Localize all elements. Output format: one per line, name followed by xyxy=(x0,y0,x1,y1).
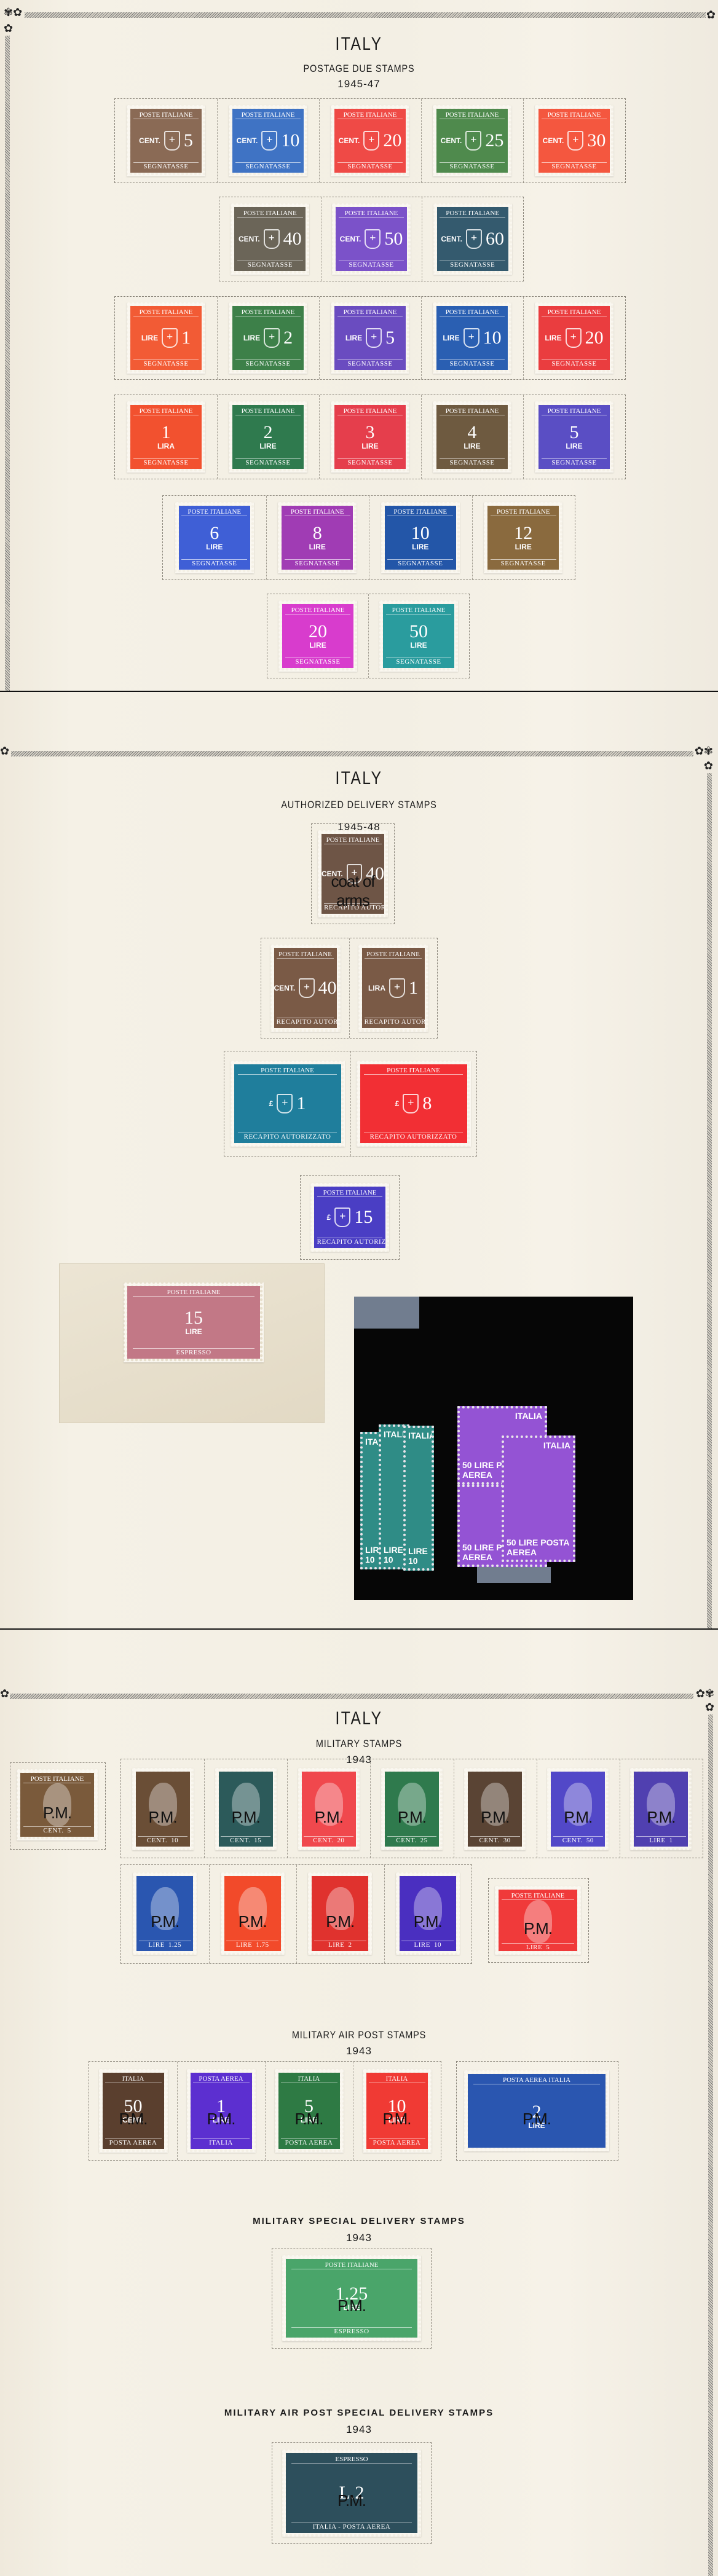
pm-overprint: coat of arms xyxy=(322,872,384,910)
corner-ornament-icon: ✿ xyxy=(705,1702,714,1713)
stamp-value: 20 xyxy=(383,132,401,150)
stamp-value: 5 xyxy=(385,329,395,347)
stamp-header: ITALIA xyxy=(281,2075,337,2083)
stamp-header: POSTE ITALIANE xyxy=(235,111,301,119)
stamp-2[interactable]: POSTE ITALIANELIRE2SEGNATASSE xyxy=(229,302,307,374)
stamp-unit: £ xyxy=(327,1213,331,1222)
mount-frame: POSTE ITALIANECENT.5SEGNATASSEPOSTE ITAL… xyxy=(114,98,626,183)
page-country-title: ITALY xyxy=(65,768,653,789)
stamp-header: POSTE ITALIANE xyxy=(386,607,452,615)
coat-of-arms-icon xyxy=(466,229,482,249)
stamp-footer: SEGNATASSE xyxy=(339,261,404,269)
pm-overprint: P.M. xyxy=(400,1912,456,1931)
stamp-header: POSTE ITALIANE xyxy=(440,407,505,415)
stamp-header: POSTE ITALIANE xyxy=(440,308,505,316)
stamp-40[interactable]: POSTE ITALIANECENT.40RECAPITO AUTORIZZAT… xyxy=(318,830,388,917)
pm-overprint: P.M. xyxy=(366,2110,428,2129)
stamp-unit: CENT. xyxy=(274,984,296,992)
stamp-unit: LIRE xyxy=(361,442,378,450)
stamp-value: 30 xyxy=(503,1837,511,1844)
stamp-value: 12 xyxy=(514,524,532,543)
stamp-value: 1 xyxy=(296,1094,306,1113)
stamp-unit: LIRE xyxy=(236,1941,252,1949)
stamp-footer: POSTA AEREA xyxy=(281,2138,337,2146)
album-page-military: ✿ ✿✾ ✿ ITALY MILITARY STAMPS 1943 MILITA… xyxy=(0,1630,718,2576)
section-title: MILITARY AIR POST SPECIAL DELIVERY STAMP… xyxy=(0,2408,718,2418)
stamp-face: POSTE ITALIANE10LIRESEGNATASSE xyxy=(385,506,456,570)
stamp-unit: LIRE xyxy=(409,641,428,650)
stamp-4[interactable]: POSTE ITALIANE4LIRESEGNATASSE xyxy=(433,401,511,473)
mount-frame: POSTE ITALIANELIRE1SEGNATASSEPOSTE ITALI… xyxy=(114,296,626,380)
stamp-footer: SEGNATASSE xyxy=(337,458,403,466)
stamp-header: POSTA AEREA ITALIA xyxy=(473,2076,600,2084)
mount-frame: POSTE ITALIANE20LIRESEGNATASSEPOSTE ITAL… xyxy=(267,594,470,678)
stamp-face: LIRE1P.M. xyxy=(634,1772,688,1847)
stamp-unit: LIRE xyxy=(443,334,459,342)
stamp-header: POSTE ITALIANE xyxy=(285,508,350,516)
stamp-face: POSTE ITALIANELIRA1RECAPITO AUTORIZZATO xyxy=(362,948,425,1028)
stamp-design: 10LIRE xyxy=(385,516,456,559)
stamp-value: 2 xyxy=(259,423,276,442)
stamp-face: POSTE ITALIANE6LIRESEGNATASSE xyxy=(179,506,250,570)
stamp-20[interactable]: POSTE ITALIANECENT.20SEGNATASSE xyxy=(331,105,409,176)
stamp-value: 1 xyxy=(181,329,191,347)
stamp-face: POSTE ITALIANECENT.5SEGNATASSE xyxy=(130,109,202,173)
stamp-face: POSTE ITALIANECENT.5P.M. xyxy=(20,1773,94,1837)
stamp-unit: CENT. xyxy=(396,1837,416,1844)
stamp-1-25[interactable]: POSTE ITALIANE1.25LIREESPRESSOP.M. xyxy=(282,2255,421,2341)
stamp-value: 60 xyxy=(486,230,504,248)
stamp-header: POSTE ITALIANE xyxy=(285,607,351,615)
used-stamp[interactable]: ITALIA50 LIRE POSTA AEREA xyxy=(502,1435,575,1562)
stamp-value: 2 xyxy=(283,329,293,347)
stamp-design: LIRE1 xyxy=(130,316,202,359)
mount-frame: ESPRESSOL.2ITALIA - POSTA AEREAP.M. xyxy=(272,2442,432,2544)
stamp-airpost-2-lire[interactable]: POSTA AEREA ITALIA2LIREP.M. xyxy=(464,2070,609,2151)
stamp-8[interactable]: POSTE ITALIANE£8RECAPITO AUTORIZZATO xyxy=(357,1061,471,1147)
stamp-design: 6LIRE xyxy=(179,516,250,559)
stamp-military-10[interactable]: CENT.10P.M. xyxy=(132,1768,194,1850)
stamp-1[interactable]: POSTE ITALIANELIRE1SEGNATASSE xyxy=(127,302,205,374)
stamp-footer: SEGNATASSE xyxy=(235,359,301,367)
stamp-value: 20 xyxy=(309,622,327,641)
stamp-20[interactable]: POSTE ITALIANE20LIRESEGNATASSE xyxy=(278,600,357,672)
stamp-design: LIRE10 xyxy=(436,316,508,359)
pm-overprint: P.M. xyxy=(286,2491,417,2510)
stamp-unit: LIRE xyxy=(184,1327,203,1336)
section-title: MILITARY STAMPS xyxy=(54,1738,665,1750)
section-title: MILITARY AIR POST STAMPS xyxy=(54,2029,665,2041)
stamp-face: POSTE ITALIANE12LIRESEGNATASSE xyxy=(487,506,559,570)
stamp-header: POSTE ITALIANE xyxy=(133,111,199,119)
stamp-value: 8 xyxy=(309,524,326,543)
stamp-25[interactable]: POSTE ITALIANECENT.25SEGNATASSE xyxy=(433,105,511,176)
stamp-label: 50 LIRE POSTA AEREA xyxy=(507,1537,573,1557)
stamp-footer: ESPRESSO xyxy=(291,2327,412,2335)
stamp-face: POSTE ITALIANECENT.10SEGNATASSE xyxy=(232,109,304,173)
stamp-value: 30 xyxy=(587,132,606,150)
stamp-military-15[interactable]: CENT.15P.M. xyxy=(215,1768,277,1850)
stamp-header: ITALIA xyxy=(369,2075,425,2083)
stamp-unit: LIRE xyxy=(414,1941,430,1949)
stamp-unit: LIRE xyxy=(243,334,260,342)
stamp-unit: LIRE xyxy=(545,334,561,342)
section-years: 1943 xyxy=(0,2424,718,2436)
stamp-50[interactable]: POSTE ITALIANE50LIRESEGNATASSE xyxy=(379,600,458,672)
stamp-unit: CENT. xyxy=(43,1827,63,1834)
stamp-header: POSTE ITALIANE xyxy=(235,308,301,316)
stamp-face: POSTE ITALIANELIRE20SEGNATASSE xyxy=(538,306,610,370)
mount-frame: ITALIA50CENT.POSTA AEREAP.M.POSTA AEREA1… xyxy=(89,2061,441,2161)
stamp-value: 8 xyxy=(422,1094,432,1113)
stamp-military-30[interactable]: CENT.30P.M. xyxy=(464,1768,526,1850)
coat-of-arms-icon xyxy=(403,1094,419,1113)
stamp-value: 15 xyxy=(184,1309,203,1327)
stamp-header: POSTE ITALIANE xyxy=(237,210,303,218)
stamp-40[interactable]: POSTE ITALIANECENT.40SEGNATASSE xyxy=(231,203,309,275)
stamp-face: POSTE ITALIANE1LIRASEGNATASSE xyxy=(130,405,202,469)
stamp-unit: CENT. xyxy=(230,1837,250,1844)
stamp-unit: LIRE xyxy=(141,334,158,342)
stamp-design: CENT.40 xyxy=(234,218,306,261)
stamp-value: 50 xyxy=(409,622,428,641)
stamp-face: POSTE ITALIANE50LIRESEGNATASSE xyxy=(383,604,454,668)
stamp-footer: RECAPITO AUTORIZZATO xyxy=(238,1133,336,1141)
coat-of-arms-icon xyxy=(164,131,180,151)
stamp-unit: LIRE xyxy=(309,641,327,650)
stamp-footer: ESPRESSO xyxy=(133,1348,255,1356)
stamp-face: LIRE1.75P.M. xyxy=(224,1876,281,1951)
coat-of-arms-icon xyxy=(261,131,277,151)
stamp-face: POSTA AEREA ITALIA2LIREP.M. xyxy=(468,2074,606,2148)
stamp-design: LIRE2 xyxy=(232,316,304,359)
stamp-5[interactable]: POSTE ITALIANECENT.5SEGNATASSE xyxy=(127,105,205,176)
stamp-header: POSTE ITALIANE xyxy=(365,951,422,959)
pm-overprint: P.M. xyxy=(302,1808,356,1827)
stamp-military-2[interactable]: LIRE2P.M. xyxy=(308,1872,372,1955)
pm-overprint: P.M. xyxy=(499,1919,577,1938)
stamp-footer: SEGNATASSE xyxy=(235,162,301,170)
stamp-header: POSTE ITALIANE xyxy=(337,407,403,415)
stamp-header: POSTE ITALIANE xyxy=(542,407,607,415)
stamp-face: CENT.50P.M. xyxy=(551,1772,605,1847)
stamp-footer: SEGNATASSE xyxy=(285,658,351,666)
stamp-unit: CENT. xyxy=(340,235,361,243)
stamp-footer: SEGNATASSE xyxy=(235,458,301,466)
stamp-value: 10 xyxy=(483,329,502,347)
stamp-design: CENT.40 xyxy=(274,959,337,1018)
stamp-unit: CENT. xyxy=(441,235,462,243)
stamp-header: POSTE ITALIANE xyxy=(23,1775,91,1783)
stamp-value: 1.75 xyxy=(256,1941,269,1949)
stamp-footer: SEGNATASSE xyxy=(285,559,350,567)
stamp-design: 50LIRE xyxy=(383,615,454,658)
stamp-1[interactable]: POSTE ITALIANE1LIRASEGNATASSE xyxy=(127,401,205,473)
stamp-airpost-1[interactable]: POSTA AEREA1LIREITALIAP.M. xyxy=(187,2069,256,2153)
stamp-footer: POSTA AEREA xyxy=(105,2138,162,2146)
stamp-design: CENT.5 xyxy=(130,119,202,162)
stamp-design: CENT.50 xyxy=(336,218,407,261)
stamp-header: POSTE ITALIANE xyxy=(133,1289,255,1297)
stamp-unit: LIRA xyxy=(157,442,175,450)
stamp-header: POSTE ITALIANE xyxy=(542,111,607,119)
used-stamp[interactable]: ITALIALIRE 10 xyxy=(403,1426,434,1571)
stamp-military-50[interactable]: CENT.50P.M. xyxy=(547,1768,609,1850)
stamp-value: 4 xyxy=(464,423,480,442)
stamp-design: 15LIRE xyxy=(127,1297,260,1348)
stamp-face: POSTE ITALIANECENT.30SEGNATASSE xyxy=(538,109,610,173)
pm-overprint: P.M. xyxy=(103,2110,164,2129)
stamp-face: POSTE ITALIANELIRE5P.M. xyxy=(499,1890,577,1951)
stamp-face: POSTE ITALIANECENT.25SEGNATASSE xyxy=(436,109,508,173)
stamp-value: 15 xyxy=(354,1208,373,1227)
stamp-value: 1 xyxy=(157,423,175,442)
stamp-face: POSTE ITALIANE5LIRESEGNATASSE xyxy=(538,405,610,469)
stamp-face: ITALIA50CENT.POSTA AEREAP.M. xyxy=(103,2073,164,2149)
stamp-face: POSTE ITALIANECENT.60SEGNATASSE xyxy=(437,207,508,271)
page-border xyxy=(707,773,712,1629)
stamp-footer: SEGNATASSE xyxy=(337,162,403,170)
stamp-face: POSTE ITALIANE20LIRESEGNATASSE xyxy=(282,604,353,668)
stamp-header: POSTE ITALIANE xyxy=(364,1067,462,1075)
stamp-design: CENT.30 xyxy=(538,119,610,162)
stamp-header: POSTE ITALIANE xyxy=(387,508,453,516)
stamp-6[interactable]: POSTE ITALIANE6LIRESEGNATASSE xyxy=(175,502,254,573)
stamp-design: £15 xyxy=(314,1197,385,1238)
stamp-design: 1LIRA xyxy=(130,415,202,458)
stamp-20[interactable]: POSTE ITALIANELIRE20SEGNATASSE xyxy=(535,302,613,374)
stamp-military-1[interactable]: LIRE1P.M. xyxy=(630,1768,692,1850)
stamp-face: CENT.20P.M. xyxy=(302,1772,356,1847)
stamp-value: 40 xyxy=(283,230,302,248)
stamp-face: CENT.15P.M. xyxy=(219,1772,273,1847)
stamp-footer: RECAPITO AUTORIZZATO xyxy=(277,1018,334,1026)
stamp-design: CENT.25 xyxy=(436,119,508,162)
stamp-unit: CENT. xyxy=(543,136,564,145)
stamp-header: POSTE ITALIANE xyxy=(324,836,382,844)
stamp-face: POSTE ITALIANECENT.40SEGNATASSE xyxy=(234,207,306,271)
stamp-face: POSTE ITALIANE15LIREESPRESSO xyxy=(127,1286,260,1359)
stamp-unit: £ xyxy=(395,1099,400,1108)
stamp-5-cent-she-wolf[interactable]: POSTE ITALIANECENT.5P.M. xyxy=(17,1769,98,1840)
stamp-military-20[interactable]: CENT.20P.M. xyxy=(298,1768,360,1850)
stamp-face: POSTE ITALIANE£1RECAPITO AUTORIZZATO xyxy=(234,1064,341,1143)
stamp-footer: RECAPITO AUTORIZZATO xyxy=(365,1018,422,1026)
stamp-design: 20LIRE xyxy=(282,615,353,658)
stamp-footer: SEGNATASSE xyxy=(491,559,556,567)
mount-frame: POSTE ITALIANE£15RECAPITO AUTORIZZATO xyxy=(300,1175,400,1260)
stamp-1[interactable]: POSTE ITALIANE£1RECAPITO AUTORIZZATO xyxy=(231,1061,345,1147)
stamp-face: CENT.10P.M. xyxy=(136,1772,190,1847)
pm-overprint: P.M. xyxy=(191,2110,252,2129)
corner-ornament-icon: ✿ xyxy=(0,1689,9,1700)
stamp-military-1.75[interactable]: LIRE1.75P.M. xyxy=(221,1872,285,1955)
mount-frame: POSTE ITALIANECENT.40RECAPITO AUTORIZZAT… xyxy=(261,938,438,1039)
stamp-40[interactable]: POSTE ITALIANECENT.40RECAPITO AUTORIZZAT… xyxy=(270,944,341,1032)
stamp-footer: SEGNATASSE xyxy=(542,359,607,367)
stamp-footer: SEGNATASSE xyxy=(440,359,505,367)
pm-overprint: P.M. xyxy=(286,2296,417,2315)
stamp-value: 2 xyxy=(348,1941,352,1949)
coat-of-arms-icon xyxy=(162,328,178,348)
page-border xyxy=(25,12,706,18)
stamp-face: LIRE1.25P.M. xyxy=(136,1876,193,1951)
stamp-footer: POSTA AEREA xyxy=(369,2138,425,2146)
page-country-title: ITALY xyxy=(65,34,653,55)
stamp-footer: SEGNATASSE xyxy=(133,162,199,170)
stamp-unit: CENT. xyxy=(479,1837,500,1844)
corner-ornament-icon: ✾✿ xyxy=(4,7,22,18)
mount-tape xyxy=(354,1297,419,1329)
coat-of-arms-icon xyxy=(264,328,280,348)
stamp-design: LIRA1 xyxy=(362,959,425,1018)
stamp-unit: LIRE xyxy=(345,334,362,342)
stamp-value: 25 xyxy=(420,1837,428,1844)
stamp-design: 3LIRE xyxy=(334,415,406,458)
stamp-value: 50 xyxy=(586,1837,594,1844)
coat-of-arms-icon xyxy=(389,978,405,998)
stamp-value: 10 xyxy=(434,1941,441,1949)
stamp-design: 5LIRE xyxy=(538,415,610,458)
stamp-unit: LIRE xyxy=(411,543,430,551)
stamp-design: £1 xyxy=(234,1075,341,1133)
page-border xyxy=(5,36,10,691)
stamp-5[interactable]: POSTE ITALIANELIRE5SEGNATASSE xyxy=(331,302,409,374)
stamp-footer: SEGNATASSE xyxy=(237,261,303,269)
stamp-face: LIRE2P.M. xyxy=(312,1876,368,1951)
stamp-header: POSTE ITALIANE xyxy=(181,508,247,516)
stamp-face: ITALIA5LIREPOSTA AEREAP.M. xyxy=(278,2073,340,2149)
stamp-header: POSTE ITALIANE xyxy=(235,407,301,415)
stamp-face: POSTE ITALIANE2LIRESEGNATASSE xyxy=(232,405,304,469)
stamp-60[interactable]: POSTE ITALIANECENT.60SEGNATASSE xyxy=(433,203,512,275)
stamp-airpost-5[interactable]: ITALIA5LIREPOSTA AEREAP.M. xyxy=(275,2069,344,2153)
stamp-face: POSTE ITALIANE4LIRESEGNATASSE xyxy=(436,405,508,469)
stamp-L-2[interactable]: ESPRESSOL.2ITALIA - POSTA AEREAP.M. xyxy=(282,2449,421,2537)
coat-of-arms-icon xyxy=(299,978,314,998)
stamp-military-25[interactable]: CENT.25P.M. xyxy=(381,1768,443,1850)
stamp-8[interactable]: POSTE ITALIANE8LIRESEGNATASSE xyxy=(278,502,357,573)
coat-of-arms-icon xyxy=(567,131,583,151)
stamp-unit: LIRE xyxy=(514,543,532,551)
pm-overprint: P.M. xyxy=(20,1804,94,1823)
stamp-footer: SEGNATASSE xyxy=(440,261,505,269)
stamp-value: 5 xyxy=(184,132,193,150)
pm-overprint: P.M. xyxy=(224,1912,281,1931)
stamp-design: £8 xyxy=(360,1075,467,1133)
stamp-unit: CENT. xyxy=(562,1837,583,1844)
stamp-face: POSTE ITALIANECENT.40RECAPITO AUTORIZZAT… xyxy=(274,948,337,1028)
stamp-military-1.25[interactable]: LIRE1.25P.M. xyxy=(133,1872,197,1955)
stamp-face: LIRE10P.M. xyxy=(400,1876,456,1951)
mount-frame: POSTE ITALIANELIRE5P.M. xyxy=(488,1878,589,1963)
stamp-30[interactable]: POSTE ITALIANECENT.30SEGNATASSE xyxy=(535,105,613,176)
stamp-unit: LIRE xyxy=(206,543,223,551)
mount-frame: POSTE ITALIANE£1RECAPITO AUTORIZZATOPOST… xyxy=(224,1051,477,1156)
pm-overprint: P.M. xyxy=(136,1912,193,1931)
stamp-face: POSTE ITALIANELIRE1SEGNATASSE xyxy=(130,306,202,370)
stamp-value: 10 xyxy=(171,1837,178,1844)
stamp-footer: SEGNATASSE xyxy=(181,559,247,567)
stamp-10[interactable]: POSTE ITALIANECENT.10SEGNATASSE xyxy=(229,105,307,176)
coat-of-arms-icon xyxy=(365,229,381,249)
stamp-face: POSTE ITALIANELIRE2SEGNATASSE xyxy=(232,306,304,370)
stamp-header: POSTE ITALIANE xyxy=(491,508,556,516)
stamp-espresso-15-lire[interactable]: POSTE ITALIANE15LIREESPRESSO xyxy=(124,1282,264,1362)
page-border xyxy=(708,1714,713,2576)
pm-overprint: P.M. xyxy=(385,1808,439,1827)
stamp-unit: LIRE xyxy=(464,442,480,450)
stamp-1[interactable]: POSTE ITALIANELIRA1RECAPITO AUTORIZZATO xyxy=(358,944,428,1032)
coat-of-arms-icon xyxy=(566,328,582,348)
stamp-face: POSTE ITALIANE8LIRESEGNATASSE xyxy=(282,506,353,570)
stamp-country: ITALIA xyxy=(460,1408,545,1423)
stamp-header: POSTE ITALIANE xyxy=(502,1892,574,1900)
stamp-12[interactable]: POSTE ITALIANE12LIRESEGNATASSE xyxy=(484,502,562,573)
stamp-50[interactable]: POSTE ITALIANECENT.50SEGNATASSE xyxy=(332,203,411,275)
stamp-header: POSTE ITALIANE xyxy=(317,1189,383,1197)
stamp-face: POSTE ITALIANELIRE10SEGNATASSE xyxy=(436,306,508,370)
coat-of-arms-icon xyxy=(366,328,382,348)
stamp-15[interactable]: POSTE ITALIANE£15RECAPITO AUTORIZZATO xyxy=(310,1183,389,1252)
stamp-label: LIRE 10 xyxy=(408,1546,432,1566)
stamp-value: 40 xyxy=(318,979,337,997)
stamp-face: POSTE ITALIANE3LIRESEGNATASSE xyxy=(334,405,406,469)
section-years: 1943 xyxy=(0,2045,718,2057)
stamp-design: 2LIRE xyxy=(232,415,304,458)
stamp-airpost-50[interactable]: ITALIA50CENT.POSTA AEREAP.M. xyxy=(99,2069,168,2153)
stamp-2[interactable]: POSTE ITALIANE2LIRESEGNATASSE xyxy=(229,401,307,473)
stamp-header: POSTE ITALIANE xyxy=(440,210,505,218)
stamp-footer: SEGNATASSE xyxy=(542,162,607,170)
stamp-3[interactable]: POSTE ITALIANE3LIRESEGNATASSE xyxy=(331,401,409,473)
stamp-military-10[interactable]: LIRE10P.M. xyxy=(396,1872,460,1955)
stamp-design: CENT.10 xyxy=(232,119,304,162)
corner-ornament-icon: ✿ xyxy=(706,10,716,21)
stamp-military-5-lire-she-wolf[interactable]: POSTE ITALIANELIRE5P.M. xyxy=(495,1886,581,1955)
stamp-face: POSTE ITALIANE£8RECAPITO AUTORIZZATO xyxy=(360,1064,467,1143)
stamp-value: 50 xyxy=(384,230,403,248)
stamp-header: POSTE ITALIANE xyxy=(133,308,199,316)
stamp-unit: £ xyxy=(269,1099,274,1108)
stamp-design: 8LIRE xyxy=(282,516,353,559)
stamp-value: 10 xyxy=(411,524,430,543)
stamp-face: POSTE ITALIANECENT.50SEGNATASSE xyxy=(336,207,407,271)
stamp-face: CENT.30P.M. xyxy=(468,1772,522,1847)
stamp-footer: SEGNATASSE xyxy=(133,458,199,466)
stamp-5[interactable]: POSTE ITALIANE5LIRESEGNATASSE xyxy=(535,401,613,473)
stamp-header: ESPRESSO xyxy=(291,2456,412,2464)
stamp-design: LIRE5 xyxy=(334,316,406,359)
stamp-value: 10 xyxy=(281,132,299,150)
stamp-design: 12LIRE xyxy=(487,516,559,559)
stamp-header: POSTE ITALIANE xyxy=(277,951,334,959)
pm-overprint: P.M. xyxy=(219,1808,273,1827)
stamp-10[interactable]: POSTE ITALIANELIRE10SEGNATASSE xyxy=(433,302,511,374)
pm-overprint: P.M. xyxy=(468,1808,522,1827)
section-years: 1943 xyxy=(0,2232,718,2244)
stamp-header: ITALIA xyxy=(105,2075,162,2083)
stamp-value: 5 xyxy=(566,423,582,442)
stamp-airpost-10[interactable]: ITALIA10LIREPOSTA AEREAP.M. xyxy=(363,2069,432,2153)
section-title: MILITARY SPECIAL DELIVERY STAMPS xyxy=(0,2216,718,2226)
stamp-10[interactable]: POSTE ITALIANE10LIRESEGNATASSE xyxy=(381,502,460,573)
album-page-postage-due: ✾✿ ✿ ✿ ITALY POSTAGE DUE STAMPS 1945-47 … xyxy=(0,0,718,691)
stamp-unit: CENT. xyxy=(237,136,258,145)
stamp-header: POSTE ITALIANE xyxy=(337,111,403,119)
stamp-unit: LIRE xyxy=(309,543,326,551)
stamp-design: CENT.60 xyxy=(437,218,508,261)
